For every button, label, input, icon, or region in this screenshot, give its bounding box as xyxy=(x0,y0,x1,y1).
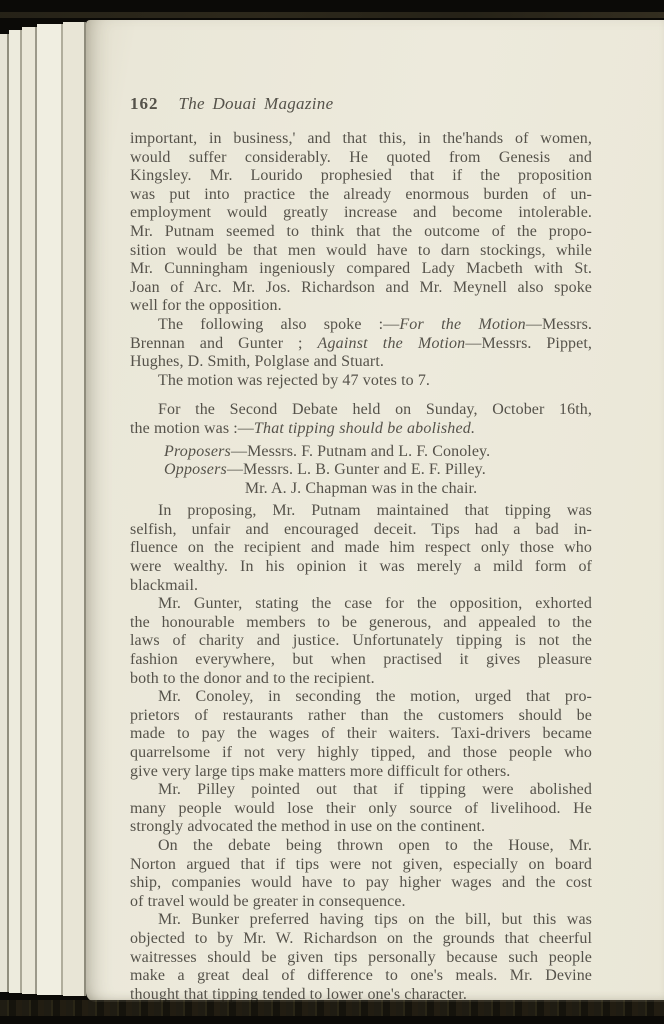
text-line: the motion was :—That tipping should be … xyxy=(130,420,592,439)
text-line: well for the opposition. xyxy=(130,297,592,316)
text-line: The following also spoke :—For the Motio… xyxy=(130,316,592,335)
text-line: Hughes, D. Smith, Polglase and Stuart. xyxy=(130,353,592,372)
text-line: Joan of Arc. Mr. Jos. Richardson and Mr.… xyxy=(130,279,592,298)
paragraph-proposers-opposers: Proposers—Messrs. F. Putnam and L. F. Co… xyxy=(164,443,592,480)
text-line: Proposers—Messrs. F. Putnam and L. F. Co… xyxy=(164,443,592,462)
text-line: Opposers—Messrs. L. B. Gunter and E. F. … xyxy=(164,461,592,480)
text-line: Mr. Putnam seemed to think that the outc… xyxy=(130,223,592,242)
page-edge-strip xyxy=(63,22,86,996)
text-line: important, in business,' and that this, … xyxy=(130,130,592,149)
paragraph-putnam-proposing: In proposing, Mr. Putnam maintained that… xyxy=(130,502,592,595)
book-cover-top-edge xyxy=(0,12,664,18)
text-line: quarrelsome if not very highly tipped, a… xyxy=(130,744,592,763)
text-line: prietors of restaurants rather than the … xyxy=(130,707,592,726)
paragraph-gunter-opposition: Mr. Gunter, stating the case for the opp… xyxy=(130,595,592,688)
page-edge-strip xyxy=(0,34,9,992)
page-text-area: 162The Douai Magazine important, in busi… xyxy=(130,94,592,1004)
text-line: fluence on the recipient and made him re… xyxy=(130,539,592,558)
text-line: sition would be that men would have to d… xyxy=(130,242,592,261)
text-line: waitresses should be given tips personal… xyxy=(130,949,592,968)
text-line: strongly advocated the method in use on … xyxy=(130,818,592,837)
book-cover-bottom-edge xyxy=(0,1000,664,1016)
text-line: give very large tips make matters more d… xyxy=(130,763,592,782)
text-line: blackmail. xyxy=(130,577,592,596)
text-line: Kingsley. Mr. Lourido prophesied that if… xyxy=(130,167,592,186)
text-line: Mr. Bunker preferred having tips on the … xyxy=(130,911,592,930)
text-line: many people would lose their only source… xyxy=(130,800,592,819)
text-line: For the Second Debate held on Sunday, Oc… xyxy=(130,401,592,420)
text-line: Mr. Gunter, stating the case for the opp… xyxy=(130,595,592,614)
text-line: selfish, unfair and encouraged deceit. T… xyxy=(130,521,592,540)
page-number: 162 xyxy=(130,94,159,113)
paragraph-continuation: important, in business,' and that this, … xyxy=(130,130,592,316)
paragraph-pilley: Mr. Pilley pointed out that if tipping w… xyxy=(130,781,592,837)
text-line: objected to by Mr. W. Richardson on the … xyxy=(130,930,592,949)
text-line: On the debate being thrown open to the H… xyxy=(130,837,592,856)
text-line: Brennan and Gunter ; Against the Motion—… xyxy=(130,335,592,354)
book-page: 162The Douai Magazine important, in busi… xyxy=(86,20,664,1002)
page-edge-strip xyxy=(37,24,63,995)
paragraph-bunker-devine: Mr. Bunker preferred having tips on the … xyxy=(130,911,592,1004)
paragraph-motion-rejected: The motion was rejected by 47 votes to 7… xyxy=(130,372,592,391)
text-line: were wealthy. In his opinion it was mere… xyxy=(130,558,592,577)
text-line: was put into practice the already enormo… xyxy=(130,186,592,205)
paragraph-conoley-seconding: Mr. Conoley, in seconding the motion, ur… xyxy=(130,688,592,781)
text-line: the honourable members to be generous, a… xyxy=(130,614,592,633)
text-line: laws of charity and justice. Unfortunate… xyxy=(130,632,592,651)
text-line: In proposing, Mr. Putnam maintained that… xyxy=(130,502,592,521)
paragraph-chairman: Mr. A. J. Chapman was in the chair. xyxy=(130,480,592,499)
text-line: Mr. Conoley, in seconding the motion, ur… xyxy=(130,688,592,707)
page-edge-strip xyxy=(9,30,22,993)
book-photo: 162The Douai Magazine important, in busi… xyxy=(0,0,664,1024)
text-line: of travel would be greater in consequenc… xyxy=(130,893,592,912)
text-line: Mr. Pilley pointed out that if tipping w… xyxy=(130,781,592,800)
text-line: Mr. Cunningham ingeniously compared Lady… xyxy=(130,260,592,279)
text-line: ship, companies would have to pay higher… xyxy=(130,874,592,893)
magazine-title: The Douai Magazine xyxy=(179,94,334,113)
text-line: Norton argued that if tips were not give… xyxy=(130,856,592,875)
text-line: Mr. A. J. Chapman was in the chair. xyxy=(130,480,592,499)
page-body-text: important, in business,' and that this, … xyxy=(130,130,592,1004)
paragraph-norton: On the debate being thrown open to the H… xyxy=(130,837,592,911)
text-line: would suffer considerably. He quoted fro… xyxy=(130,149,592,168)
text-line: employment would greatly increase and be… xyxy=(130,204,592,223)
text-line: The motion was rejected by 47 votes to 7… xyxy=(130,372,592,391)
paragraph-also-spoke: The following also spoke :—For the Motio… xyxy=(130,316,592,372)
paragraph-second-debate: For the Second Debate held on Sunday, Oc… xyxy=(130,401,592,438)
text-line: make a great deal of difference to one's… xyxy=(130,967,592,986)
page-edge-strip xyxy=(22,27,37,994)
running-head: 162The Douai Magazine xyxy=(130,94,592,114)
text-line: fashion everywhere, but when practised i… xyxy=(130,651,592,670)
text-line: both to the donor and to the recipient. xyxy=(130,670,592,689)
text-line: made to pay the wages of their waiters. … xyxy=(130,725,592,744)
